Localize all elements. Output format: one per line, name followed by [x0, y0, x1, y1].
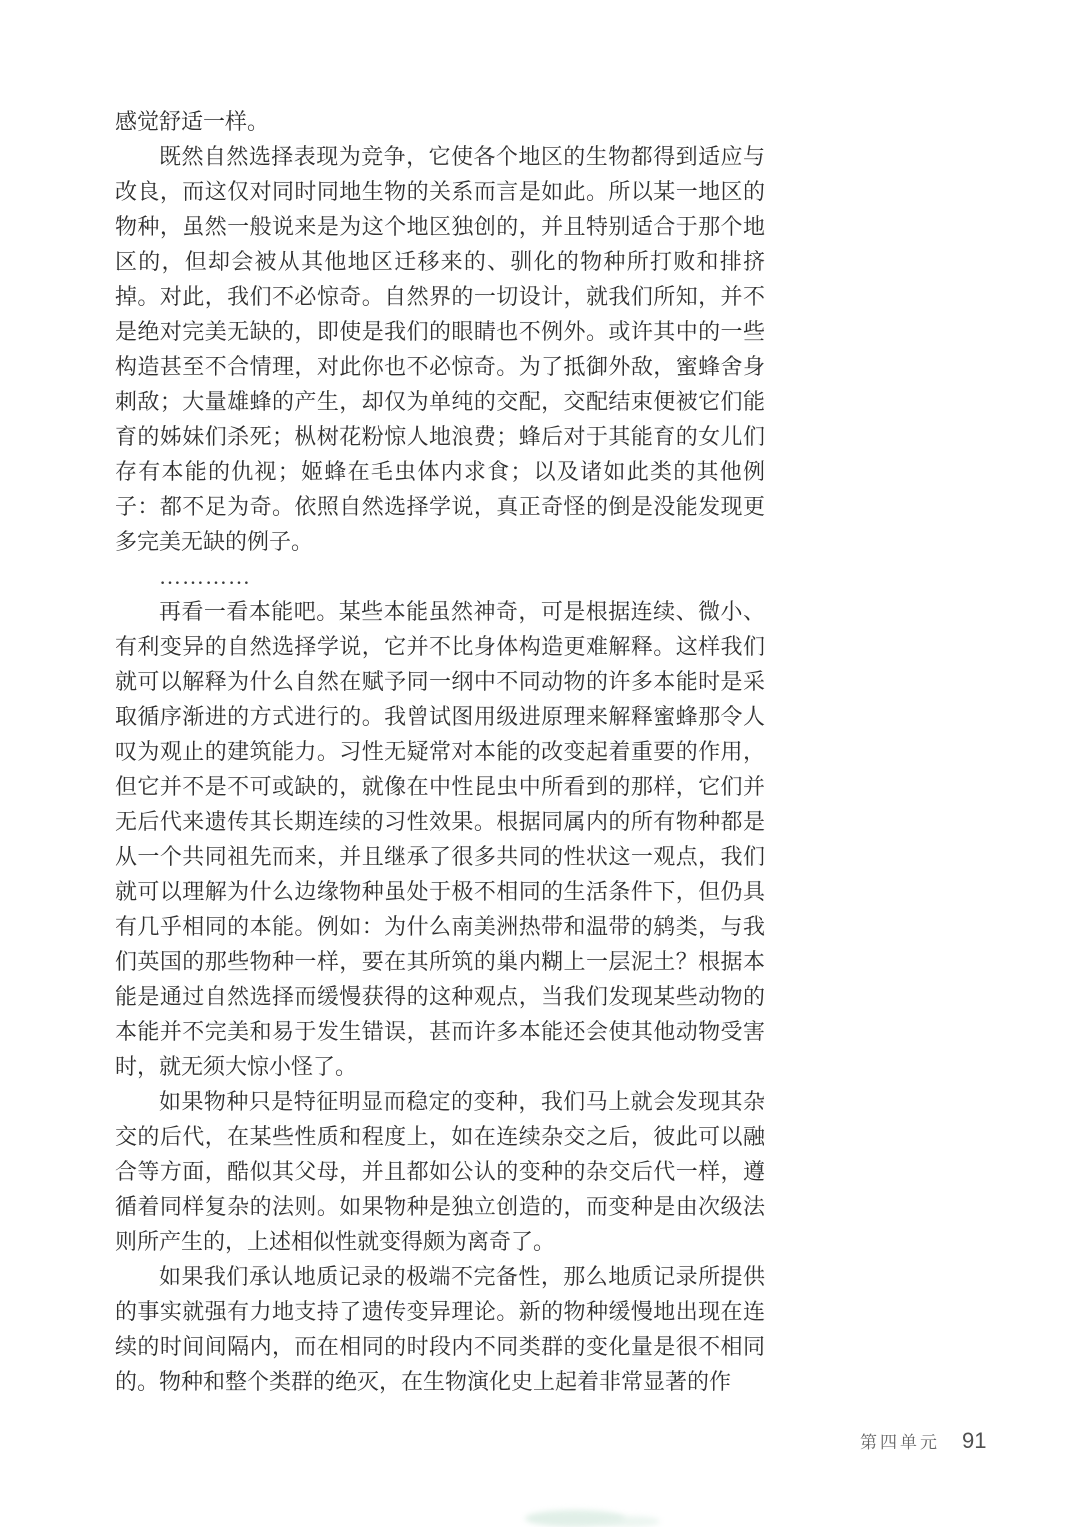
text-line: 多完美无缺的例子。 [115, 524, 765, 559]
text-line: 能是通过自然选择而缓慢获得的这种观点，当我们发现某些动物的 [115, 979, 765, 1014]
text-line: 构造甚至不合情理，对此你也不必惊奇。为了抵御外敌，蜜蜂舍身 [115, 349, 765, 384]
footer-page-number: 91 [962, 1428, 986, 1454]
text-line: 合等方面，酷似其父母，并且都如公认的变种的杂交后代一样，遵 [115, 1154, 765, 1189]
text-line: 再看一看本能吧。某些本能虽然神奇，可是根据连续、微小、 [115, 594, 765, 629]
text-line: 但它并不是不可或缺的，就像在中性昆虫中所看到的那样，它们并 [115, 769, 765, 804]
scan-smudge-secondary [600, 1516, 660, 1527]
text-line: 有利变异的自然选择学说，它并不比身体构造更难解释。这样我们 [115, 629, 765, 664]
text-line: 有几乎相同的本能。例如：为什么南美洲热带和温带的鸫类，与我 [115, 909, 765, 944]
text-line: 存有本能的仇视；姬蜂在毛虫体内求食；以及诸如此类的其他例 [115, 454, 765, 489]
text-line: 物种，虽然一般说来是为这个地区独创的，并且特别适合于那个地 [115, 209, 765, 244]
page-footer: 第四单元 91 [860, 1428, 986, 1454]
book-page: 感觉舒适一样。既然自然选择表现为竞争，它使各个地区的生物都得到适应与改良，而这仅… [0, 0, 1080, 1527]
text-line: 就可以解释为什么自然在赋予同一纲中不同动物的许多本能时是采 [115, 664, 765, 699]
text-line: 续的时间间隔内，而在相同的时段内不同类群的变化量是很不相同 [115, 1329, 765, 1364]
text-line: 取循序渐进的方式进行的。我曾试图用级进原理来解释蜜蜂那令人 [115, 699, 765, 734]
text-line: 交的后代，在某些性质和程度上，如在连续杂交之后，彼此可以融 [115, 1119, 765, 1154]
text-line: 如果我们承认地质记录的极端不完备性，那么地质记录所提供 [115, 1259, 765, 1294]
text-line: 如果物种只是特征明显而稳定的变种，我们马上就会发现其杂 [115, 1084, 765, 1119]
footer-section-label: 第四单元 [860, 1428, 940, 1453]
text-line: ………… [115, 559, 765, 594]
text-block: 感觉舒适一样。既然自然选择表现为竞争，它使各个地区的生物都得到适应与改良，而这仅… [115, 104, 765, 1399]
text-line: 的。物种和整个类群的绝灭，在生物演化史上起着非常显著的作 [115, 1364, 765, 1399]
text-line: 们英国的那些物种一样，要在其所筑的巢内糊上一层泥土？根据本 [115, 944, 765, 979]
text-line: 区的，但却会被从其他地区迁移来的、驯化的物种所打败和排挤 [115, 244, 765, 279]
text-line: 从一个共同祖先而来，并且继承了很多共同的性状这一观点，我们 [115, 839, 765, 874]
text-line: 刺敌；大量雄蜂的产生，却仅为单纯的交配，交配结束便被它们能 [115, 384, 765, 419]
text-line: 叹为观止的建筑能力。习性无疑常对本能的改变起着重要的作用， [115, 734, 765, 769]
text-line: 的事实就强有力地支持了遗传变异理论。新的物种缓慢地出现在连 [115, 1294, 765, 1329]
text-line: 感觉舒适一样。 [115, 104, 765, 139]
text-line: 育的姊妹们杀死；枞树花粉惊人地浪费；蜂后对于其能育的女儿们 [115, 419, 765, 454]
text-line: 时，就无须大惊小怪了。 [115, 1049, 765, 1084]
text-line: 无后代来遗传其长期连续的习性效果。根据同属内的所有物种都是 [115, 804, 765, 839]
text-line: 掉。对此，我们不必惊奇。自然界的一切设计，就我们所知，并不 [115, 279, 765, 314]
text-line: 循着同样复杂的法则。如果物种是独立创造的，而变种是由次级法 [115, 1189, 765, 1224]
text-line: 则所产生的，上述相似性就变得颇为离奇了。 [115, 1224, 765, 1259]
text-line: 子：都不足为奇。依照自然选择学说，真正奇怪的倒是没能发现更 [115, 489, 765, 524]
text-line: 本能并不完美和易于发生错误，甚而许多本能还会使其他动物受害 [115, 1014, 765, 1049]
text-line: 既然自然选择表现为竞争，它使各个地区的生物都得到适应与 [115, 139, 765, 174]
text-line: 是绝对完美无缺的，即使是我们的眼睛也不例外。或许其中的一些 [115, 314, 765, 349]
text-line: 就可以理解为什么边缘物种虽处于极不相同的生活条件下，但仍具 [115, 874, 765, 909]
text-line: 改良，而这仅对同时同地生物的关系而言是如此。所以某一地区的 [115, 174, 765, 209]
